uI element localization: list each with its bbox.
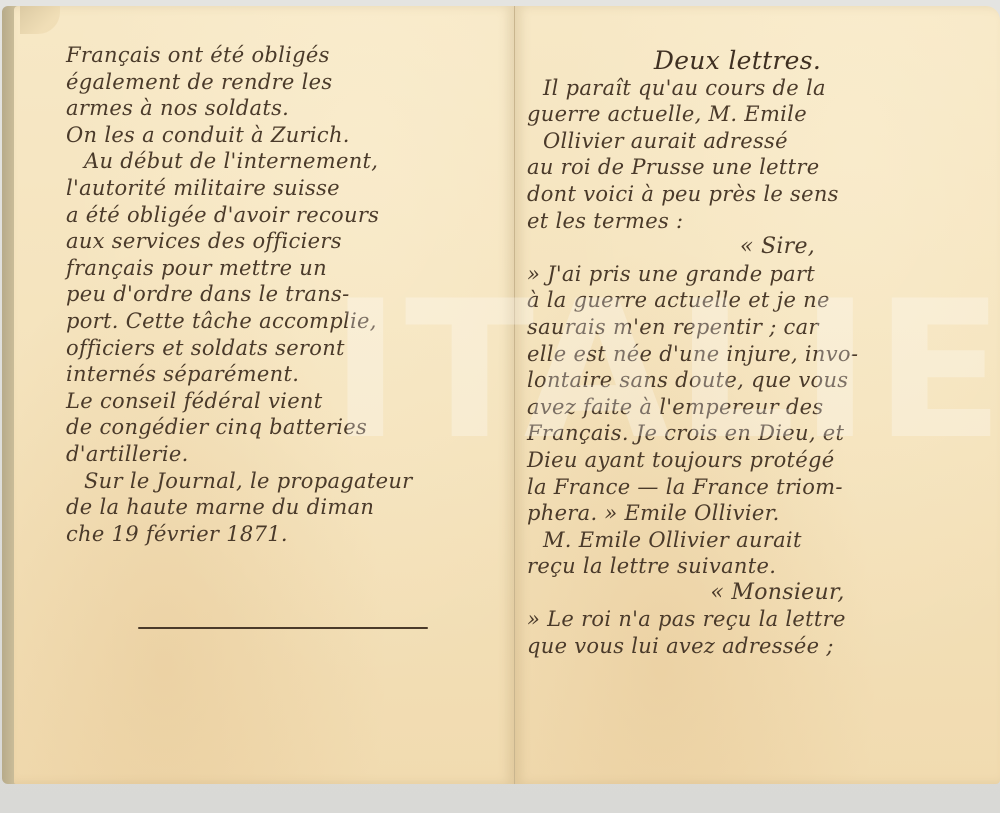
letter-line: que vous lui avez adressée ; xyxy=(515,633,1000,660)
photo-scene: Français ont été obligés également de re… xyxy=(0,0,1000,813)
right-page: Deux lettres. Il paraît qu'au cours de l… xyxy=(515,6,1000,784)
manuscript-line: Le conseil fédéral vient xyxy=(14,388,514,415)
right-page-text: Deux lettres. Il paraît qu'au cours de l… xyxy=(515,48,1000,660)
manuscript-line: On les a conduit à Zurich. xyxy=(14,122,514,149)
letter-line: à la guerre actuelle et je ne xyxy=(515,287,1000,314)
manuscript-line: Au début de l'internement, xyxy=(14,148,514,175)
source-citation-line: Sur le Journal, le propagateur xyxy=(14,468,514,495)
manuscript-line: officiers et soldats seront xyxy=(14,335,514,362)
left-page: Français ont été obligés également de re… xyxy=(14,6,515,784)
manuscript-line: internés séparément. xyxy=(14,361,514,388)
manuscript-line: aux services des officiers xyxy=(14,228,514,255)
letter-signature-line: phera. » Emile Ollivier. xyxy=(515,500,1000,527)
manuscript-line: et les termes : xyxy=(515,208,1000,235)
manuscript-line: a été obligée d'avoir recours xyxy=(14,202,514,229)
manuscript-line: Ollivier aurait adressé xyxy=(515,128,1000,155)
manuscript-line: Il paraît qu'au cours de la xyxy=(515,75,1000,102)
left-page-text: Français ont été obligés également de re… xyxy=(14,42,514,547)
dog-eared-corner xyxy=(20,6,60,34)
manuscript-line: d'artillerie. xyxy=(14,441,514,468)
letter-line: saurais m'en repentir ; car xyxy=(515,314,1000,341)
letter-salutation: « Monsieur, xyxy=(515,580,1000,607)
manuscript-line: également de rendre les xyxy=(14,69,514,96)
manuscript-line: Français ont été obligés xyxy=(14,42,514,69)
letter-line: Dieu ayant toujours protégé xyxy=(515,447,1000,474)
letter-line: avez faite à l'empereur des xyxy=(515,394,1000,421)
letter-line: Français. Je crois en Dieu, et xyxy=(515,420,1000,447)
source-citation-line: de la haute marne du diman xyxy=(14,494,514,521)
manuscript-line: français pour mettre un xyxy=(14,255,514,282)
manuscript-line: peu d'ordre dans le trans- xyxy=(14,281,514,308)
manuscript-line: M. Emile Ollivier aurait xyxy=(515,527,1000,554)
source-date-line: che 19 février 1871. xyxy=(14,521,514,548)
manuscript-line: armes à nos soldats. xyxy=(14,95,514,122)
section-divider-rule xyxy=(138,627,428,629)
letter-line: » J'ai pris une grande part xyxy=(515,261,1000,288)
manuscript-line: l'autorité militaire suisse xyxy=(14,175,514,202)
letter-line: la France — la France triom- xyxy=(515,474,1000,501)
manuscript-line: reçu la lettre suivante. xyxy=(515,553,1000,580)
letter-line: » Le roi n'a pas reçu la lettre xyxy=(515,606,1000,633)
letter-salutation: « Sire, xyxy=(515,234,1000,261)
manuscript-line: port. Cette tâche accomplie, xyxy=(14,308,514,335)
letter-line: lontaire sans doute, que vous xyxy=(515,367,1000,394)
manuscript-line: au roi de Prusse une lettre xyxy=(515,154,1000,181)
manuscript-line: dont voici à peu près le sens xyxy=(515,181,1000,208)
manuscript-line: de congédier cinq batteries xyxy=(14,414,514,441)
manuscript-line: guerre actuelle, M. Emile xyxy=(515,101,1000,128)
letter-line: elle est née d'une injure, invo- xyxy=(515,341,1000,368)
section-heading: Deux lettres. xyxy=(515,48,1000,75)
